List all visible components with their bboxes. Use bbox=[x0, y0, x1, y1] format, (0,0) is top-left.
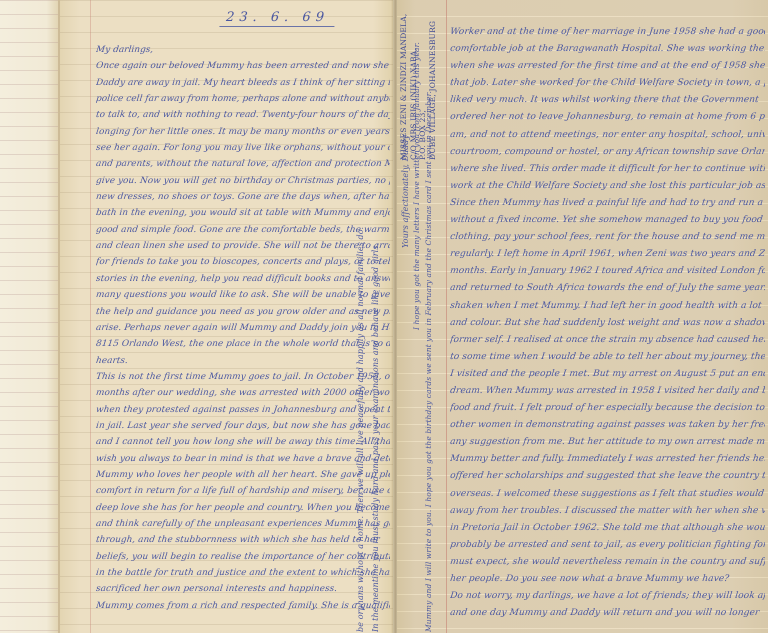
left-page-margin-rule bbox=[90, 0, 91, 633]
handwriting-line: Mummy comes from a rich and respected fa… bbox=[96, 598, 390, 614]
handwriting-line: months after our wedding, she was arrest… bbox=[96, 385, 390, 401]
handwriting-line: good and simple food. Gone are the comfo… bbox=[96, 222, 390, 238]
handwriting-line: sacrificed her own personal interests an… bbox=[96, 581, 390, 597]
handwriting-line: and parents, without the natural love, a… bbox=[96, 156, 390, 172]
handwriting-line: Do not worry, my darlings, we have a lot… bbox=[450, 588, 765, 605]
handwriting-line: where she lived. This order made it diff… bbox=[450, 161, 765, 178]
handwriting-line: ordered her not to leave Johannesburg, t… bbox=[450, 109, 765, 126]
handwriting-line: and think carefully of the unpleasant ex… bbox=[96, 516, 390, 532]
handwriting-line: bath in the evening, you would sit at ta… bbox=[96, 205, 390, 221]
letter-left-page: 23. 6. 69 My darlings,Once again our bel… bbox=[60, 0, 393, 633]
handwriting-line: police cell far away from home, perhaps … bbox=[96, 91, 390, 107]
handwriting-line: Since then Mummy has lived a painful lif… bbox=[450, 195, 765, 212]
handwriting-line: to some time when I would be able to tel… bbox=[450, 349, 765, 366]
handwriting-line: overseas. I welcomed these suggestions a… bbox=[450, 486, 765, 503]
under-page-edge bbox=[0, 0, 60, 633]
handwriting-line: to talk to, and with nothing to read. Tw… bbox=[96, 107, 390, 123]
address-line-1: MISSES ZENI & ZINDZI MANDELA, bbox=[399, 14, 409, 160]
handwriting-line: courtroom, compound or hostel, or any Af… bbox=[450, 144, 765, 161]
handwriting-line: the help and guidance you need as you gr… bbox=[96, 304, 390, 320]
handwriting-line: This is not the first time Mummy goes to… bbox=[96, 369, 390, 385]
handwriting-line: and returned to South Africa towards the… bbox=[450, 280, 765, 297]
margin-note-continuation-2: In the meantime you must study hard and … bbox=[371, 243, 380, 632]
handwriting-line: offered her scholarships and suggested t… bbox=[450, 468, 765, 485]
handwriting-line: away from her troubles. I discussed the … bbox=[450, 503, 765, 520]
handwriting-line: Once again our beloved Mummy has been ar… bbox=[96, 58, 390, 74]
handwriting-line: and I cannot tell you how long she will … bbox=[96, 434, 390, 450]
handwriting-line: comfortable job at the Baragwanath Hospi… bbox=[450, 41, 765, 58]
letter-right-page: Worker and at the time of her marriage i… bbox=[397, 0, 768, 633]
handwriting-line: months. Early in January 1962 I toured A… bbox=[450, 263, 765, 280]
handwriting-line: in jail. Last year she served four days,… bbox=[96, 418, 390, 434]
handwriting-line: Daddy are away in jail. My heart bleeds … bbox=[96, 75, 390, 91]
handwriting-line: 8115 Orlando West, the one place in the … bbox=[96, 336, 390, 352]
handwriting-line: in Pretoria Jail in October 1962. She to… bbox=[450, 520, 765, 537]
handwriting-line: wish you always to bear in mind is that … bbox=[96, 451, 390, 467]
handwriting-line: work at the Child Welfare Society and sh… bbox=[450, 178, 765, 195]
handwriting-line: former self. I realised at once the stra… bbox=[450, 332, 765, 349]
handwriting-line: hearts. bbox=[96, 353, 390, 369]
letter-photograph: { "document": { "type": "handwritten-let… bbox=[0, 0, 768, 633]
handwriting-line: arise. Perhaps never again will Mummy an… bbox=[96, 320, 390, 336]
handwriting-line: food and fruit. I felt proud of her espe… bbox=[450, 400, 765, 417]
handwriting-line: probably be arrested and sent to jail, a… bbox=[450, 537, 765, 554]
recipient-address-block: MISSES ZENI & ZINDZI MANDELA, C/O MRS IR… bbox=[399, 14, 437, 160]
handwriting-line: beliefs, you will begin to realise the i… bbox=[96, 549, 390, 565]
handwriting-line: stories in the evening, help you read di… bbox=[96, 271, 390, 287]
handwriting-line: other women in demonstrating against pas… bbox=[450, 417, 765, 434]
margin-note-continuation-1: be orphans without a home. Then we will … bbox=[356, 227, 365, 632]
right-page-text: Worker and at the time of her marriage i… bbox=[450, 24, 765, 630]
handwriting-line: must expect, she would nevertheless rema… bbox=[450, 554, 765, 571]
left-page-text: My darlings,Once again our beloved Mummy… bbox=[96, 42, 390, 633]
handwriting-line: give you. Now you will get no birthday o… bbox=[96, 173, 390, 189]
handwriting-line: for friends to take you to bioscopes, co… bbox=[96, 254, 390, 270]
right-page-margin-rule bbox=[446, 0, 447, 633]
address-line-4: DUBE VILLAGE, JOHANNESBURG bbox=[428, 14, 438, 160]
handwriting-line: shaken when I met Mummy. I had left her … bbox=[450, 298, 765, 315]
address-line-2: C/O MRS IRIS (NIKI) XABA, bbox=[409, 14, 419, 160]
handwriting-line: Mummy who loves her people with all her … bbox=[96, 467, 390, 483]
margin-note-continuation-3: Mummy and I will write to you. I hope yo… bbox=[424, 91, 433, 632]
handwriting-line: clothing, pay your school fees, rent for… bbox=[450, 229, 765, 246]
handwriting-line: many questions you would like to ask. Sh… bbox=[96, 287, 390, 303]
handwriting-line: My darlings, bbox=[96, 42, 390, 58]
handwriting-line: new dresses, no shoes or toys. Gone are … bbox=[96, 189, 390, 205]
handwriting-line: and one day Mummy and Daddy will return … bbox=[450, 605, 765, 622]
handwriting-line: and clean linen she used to provide. She… bbox=[96, 238, 390, 254]
handwriting-line: through, and the stubbornness with which… bbox=[96, 532, 390, 548]
handwriting-line: Worker and at the time of her marriage i… bbox=[450, 24, 765, 41]
handwriting-line: without a fixed income. Yet she somehow … bbox=[450, 212, 765, 229]
handwriting-line: deep love she has for her people and cou… bbox=[96, 500, 390, 516]
handwriting-line: regularly. I left home in April 1961, wh… bbox=[450, 246, 765, 263]
handwriting-line: longing for her little ones. It may be m… bbox=[96, 124, 390, 140]
handwriting-line: that job. Later she worked for the Child… bbox=[450, 75, 765, 92]
handwriting-line: when she was arrested for the first time… bbox=[450, 58, 765, 75]
letter-date: 23. 6. 69 bbox=[219, 10, 335, 27]
handwriting-line: dream. When Mummy was arrested in 1958 I… bbox=[450, 383, 765, 400]
handwriting-line: in the battle for truth and justice and … bbox=[96, 565, 390, 581]
handwriting-line: comfort in return for a life full of har… bbox=[96, 483, 390, 499]
handwriting-line: am, and not to attend meetings, nor ente… bbox=[450, 127, 765, 144]
handwriting-line: when they protested against passes in Jo… bbox=[96, 402, 390, 418]
handwriting-line: liked very much. It was whilst working t… bbox=[450, 92, 765, 109]
handwriting-line: Mummy better and fully. Immediately I wa… bbox=[450, 451, 765, 468]
handwriting-line: I visited and the people I met. But my a… bbox=[450, 366, 765, 383]
handwriting-line: see her again. For long you may live lik… bbox=[96, 140, 390, 156]
address-line-3: P.O. BOX 23, bbox=[418, 14, 428, 160]
handwriting-line: and colour. But she had suddenly lost we… bbox=[450, 315, 765, 332]
handwriting-line: any suggestion from me. But her attitude… bbox=[450, 434, 765, 451]
handwriting-line: her people. Do you see now what a brave … bbox=[450, 571, 765, 588]
